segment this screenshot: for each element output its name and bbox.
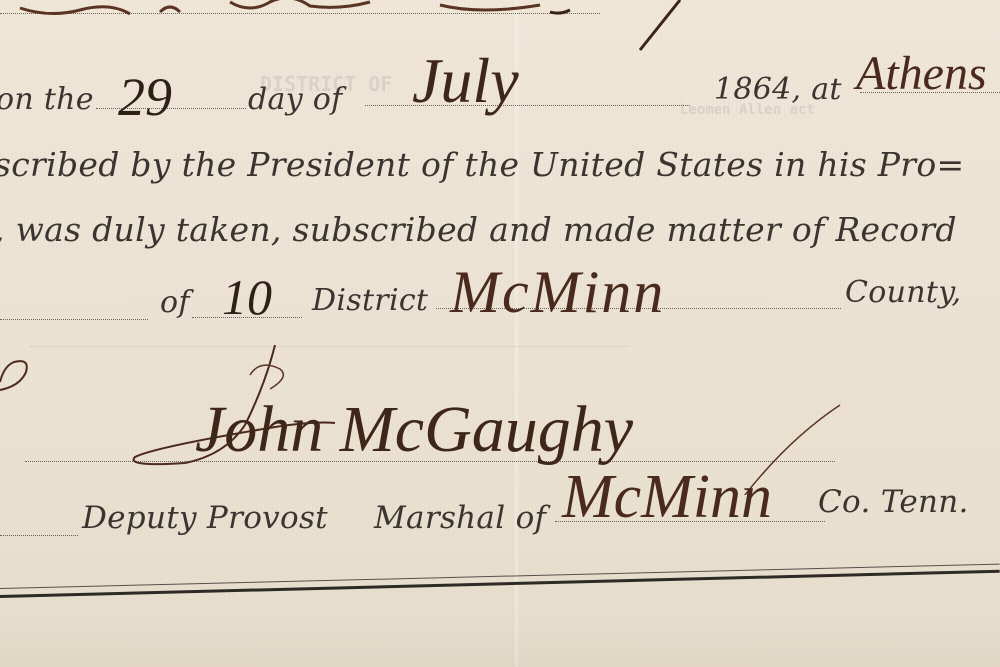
- signature-name: John McGaughy: [195, 392, 633, 468]
- handwritten-month: July: [412, 44, 519, 118]
- printed-text: County,: [845, 275, 961, 310]
- printed-title: Deputy Provost: [82, 500, 328, 536]
- printed-text: 1864, at: [714, 72, 842, 107]
- printed-text: on the: [0, 82, 94, 117]
- handwritten-county: McMinn: [450, 258, 665, 327]
- paper-bottom-shade: [0, 620, 1000, 667]
- handwriting-flourish: [0, 350, 40, 400]
- printed-text: scribed by the President of the United S…: [0, 145, 964, 184]
- printed-text: of: [160, 285, 190, 320]
- printed-title: Marshal of: [374, 500, 546, 536]
- fill-line-blank: [0, 319, 148, 320]
- printed-text: , was duly taken, subscribed and made ma…: [0, 210, 957, 249]
- handwritten-place: Athens: [856, 46, 987, 101]
- printed-text: District: [312, 283, 428, 318]
- handwritten-day: 29: [118, 66, 172, 128]
- printed-title: Co. Tenn.: [818, 484, 969, 520]
- fill-line-blank: [0, 535, 78, 536]
- printed-text: day of: [248, 82, 343, 117]
- handwritten-marshal-county: McMinn: [562, 462, 772, 533]
- handwritten-district-number: 10: [222, 268, 272, 326]
